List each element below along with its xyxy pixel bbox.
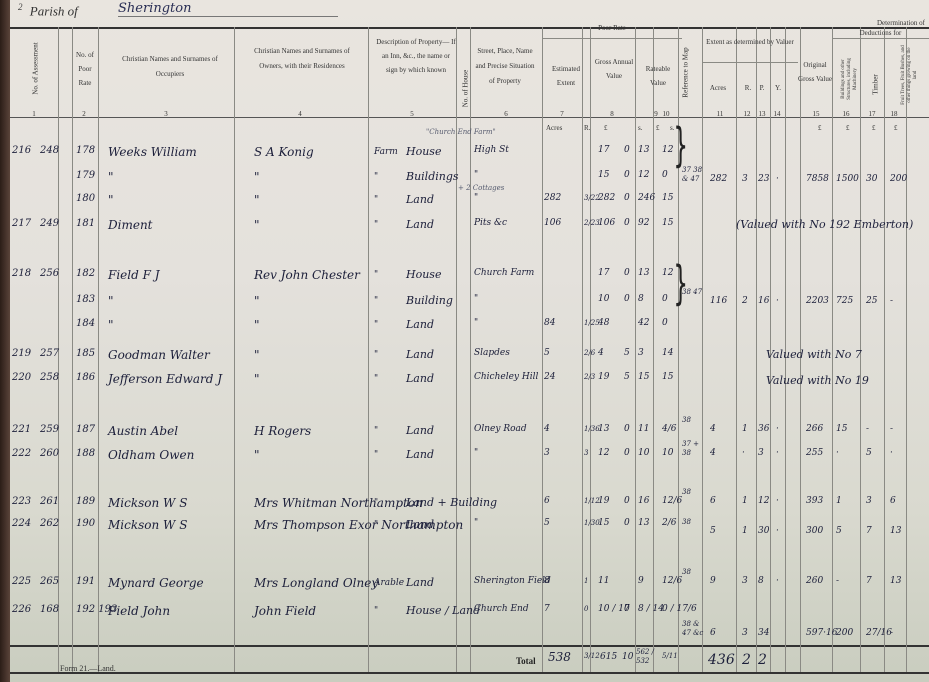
valuer-perches: 23 [758,174,769,184]
unit-label: £ [894,124,898,132]
header-poor-rate: Poor Rate [542,22,682,35]
rateable-pounds: 16 [638,496,649,506]
gross-shillings: 0 [624,294,630,304]
assessment-no: 220 [12,372,31,383]
entry-no: 189 [76,496,95,507]
header-r: R. [742,82,754,95]
occupier-name: Mynard George [108,576,204,590]
description-prefix: " [374,450,378,460]
gross-pounds: 11 [598,576,609,586]
deduction-fruit: - [890,424,893,434]
entry-no: 186 [76,372,95,383]
entry-no: 185 [76,348,95,359]
owner-name: " [254,318,260,332]
deduction-buildings: - [836,576,839,586]
original-gross-value: 266 [806,424,823,434]
entry-no: 191 [76,576,95,587]
valuer-perches: 30 [758,526,769,536]
owner-name: " [254,372,260,386]
estimated-rods: 1 [584,577,588,585]
estimated-rods: 2/6 [584,349,595,357]
gross-pounds: 10 [598,294,609,304]
original-gross-value: 7858 [806,174,829,184]
header-description: Description of Property— If an Inn, &c.,… [376,35,456,77]
parish-label: Parish of [30,3,78,18]
description-prefix: " [374,426,378,436]
valuer-rods: 3 [742,174,748,184]
street-situation: Chicheley Hill [474,372,538,382]
deduction-timber: 7 [866,576,872,586]
description-prefix: " [374,270,378,280]
deduction-fruit: 13 [890,526,901,536]
rateable-pounds: 9 [638,576,644,586]
deduction-fruit: 200 [890,174,907,184]
unit-label: £ [846,124,850,132]
street-situation: " [474,518,478,528]
rateable-pounds: 15 [638,372,649,382]
valuer-acres: 4 [710,424,716,434]
deduction-fruit: 6 [890,496,896,506]
rateable-pounds: 246 [638,193,655,203]
estimated-rods: 0 [584,605,588,613]
map-reference: 38 [682,416,704,425]
corner-mark: 2 [18,2,23,12]
description-prefix: " [374,296,378,306]
street-situation: " [474,294,478,304]
estimated-acres: 282 [544,193,561,203]
rateable-shillings: 12 [662,268,673,278]
column-rule [736,27,737,672]
original-gross-value: 260 [806,576,823,586]
original-gross-value: 255 [806,448,823,458]
property-description: Land [406,318,434,331]
description-prefix: " [374,350,378,360]
original-gross-value: 300 [806,526,823,536]
column-number: 11 [710,110,730,118]
poor-rate-no: 261 [40,496,59,507]
occupier-name: Field F J [108,268,160,282]
poor-rate-no: 249 [40,218,59,229]
gross-shillings: 0 [624,268,630,278]
valuer-acres: 4 [710,448,716,458]
valuer-rods: 2 [742,296,748,306]
column-rule [756,27,757,672]
occupier-name: " [108,170,114,184]
owner-name: Rev John Chester [254,268,360,282]
occupier-name: " [108,294,114,308]
original-gross-value: 393 [806,496,823,506]
header-deductions: Deductions for [832,27,929,40]
valuer-perches: 16 [758,296,769,306]
rateable-shillings: 0 [662,294,668,304]
poor-rate-no: 260 [40,448,59,459]
header-street: Street, Place, Name and Precise Situatio… [472,44,538,89]
column-rule [582,27,583,672]
poor-rate-no: 259 [40,424,59,435]
deduction-timber: - [866,424,869,434]
gross-shillings: 5 [624,348,630,358]
deduction-fruit: - [890,296,893,306]
header-extent-valuer: Extent as determined by Valuer [704,37,796,47]
valuer-rods: 3 [742,576,748,586]
valuer-perches: 12 [758,496,769,506]
unit-label: s. [638,124,642,132]
description-prefix: Arable [374,578,404,588]
owner-name: " [254,193,260,207]
gross-shillings: 0 [624,424,630,434]
estimated-acres: 5 [544,348,550,358]
property-description: Land [406,518,434,531]
column-number: 15 [806,110,826,118]
valuer-rods: 3 [742,628,748,638]
assessment-no: 225 [12,576,31,587]
column-rule [653,27,654,672]
street-situation: " [474,193,478,203]
gross-pounds: 19 [598,496,609,506]
valuer-acres: 6 [710,496,716,506]
annotation: + 2 Cottages [458,184,504,192]
rateable-pounds: 8 [638,294,644,304]
header-gross-annual: Gross Annual Value [594,55,634,83]
map-reference: 38 [682,518,704,527]
header-timber: Timber [870,65,883,105]
gross-pounds: 17 [598,268,609,278]
rateable-shillings: 0 [662,318,668,328]
gross-pounds: 15 [598,170,609,180]
valuer-perches: 8 [758,576,764,586]
unit-label: Acres [546,124,562,132]
occupier-name: Jefferson Edward J [108,372,222,386]
description-prefix: " [374,520,378,530]
property-description: Land [406,448,434,461]
total-valuer-acres: 436 [708,652,735,668]
deduction-timber: 7 [866,526,872,536]
column-rule [456,27,457,672]
total-estimated-acres: 538 [548,650,571,664]
occupier-name: Austin Abel [108,424,178,438]
gross-pounds: 15 [598,518,609,528]
total-valuer-rods: 2 [742,652,751,668]
occupier-name: Mickson W S [108,496,187,510]
rateable-shillings: 15 [662,372,673,382]
original-gross-value: 597·16 [806,628,838,638]
rateable-pounds: 11 [638,424,649,434]
deduction-buildings: 725 [836,296,853,306]
rateable-shillings: 0 [662,170,668,180]
parish-name: Sherington [118,1,338,17]
rateable-pounds: 92 [638,218,649,228]
property-description: Building [406,294,453,307]
owner-name: S A Konig [254,145,314,159]
valuer-acres: 5 [710,526,716,536]
deduction-fruit: - [890,628,893,638]
street-situation: " [474,448,478,458]
gross-pounds: 17 [598,145,609,155]
assessment-no: 218 [12,268,31,279]
poor-rate-no: 168 [40,604,59,615]
assessment-no: 217 [12,218,31,229]
estimated-acres: 3 [544,448,550,458]
column-rule [98,27,99,672]
description-prefix: " [374,606,378,616]
entry-no: 182 [76,268,95,279]
street-situation: Church Farm [474,268,534,278]
gross-shillings: 5 [624,372,630,382]
header-assessment: No. of Assessment [30,37,43,101]
original-gross-value: 2203 [806,296,829,306]
owner-name: Mrs Whitman Northampton [254,496,423,510]
gross-shillings: 0 [624,170,630,180]
estimated-acres: 4 [544,424,550,434]
gross-pounds: 106 [598,218,615,228]
header-occupiers: Christian Names and Surnames of Occupier… [110,52,230,82]
rate-book-page: 2 Parish of Sherington No. of Assessment… [10,0,929,682]
header-fruit-trees: Fruit Trees, Fruit Bushes, and other thi… [901,45,919,105]
poor-rate-no: 257 [40,348,59,359]
estimated-acres: 84 [544,318,555,328]
entry-no: 178 [76,145,95,156]
street-situation: Olney Road [474,424,527,434]
owner-name: " [254,294,260,308]
poor-rate-no: 256 [40,268,59,279]
deduction-buildings: 1 [836,496,842,506]
annotation: "Church End Farm" [426,128,496,136]
unit-label: £ [656,124,660,132]
book-binding [0,0,10,682]
brace-icon: } [673,128,688,162]
property-description: Land [406,424,434,437]
estimated-acres: 106 [544,218,561,228]
total-estimated-rods: 3/12 [584,652,600,660]
gross-shillings: 0 [624,448,630,458]
rateable-shillings: 2/6 [662,518,676,528]
street-situation: Church End [474,604,529,614]
parish-heading: 2 Parish of Sherington [18,2,78,19]
column-number: 17 [862,110,882,118]
occupier-name: Field John [108,604,170,618]
gross-shillings: 0 [624,145,630,155]
header-y: Y. [772,82,784,95]
unit-label: £ [604,124,608,132]
entry-no: 181 [76,218,95,229]
property-description: House [406,145,441,158]
rateable-shillings: 12 [662,145,673,155]
occupier-name: " [108,193,114,207]
valuer-y: · [776,424,779,434]
column-number: 8 [602,110,622,118]
valuer-perches: 36 [758,424,769,434]
owner-name: Mrs Longland Olney [254,576,378,590]
occupier-name: Goodman Walter [108,348,210,362]
valuer-y: · [776,576,779,586]
header-owners: Christian Names and Surnames of Owners, … [242,44,362,74]
deduction-buildings: 15 [836,424,847,434]
description-prefix: Farm [374,147,398,157]
column-number: 4 [290,110,310,118]
valuer-rods: · [742,448,745,458]
total-rateable-shillings: 5/11 [662,652,678,660]
valued-with-note: (Valued with No 192 Emberton) [736,218,913,231]
column-rule [470,27,471,672]
column-number: 1 [24,110,44,118]
unit-label: R. [584,124,590,132]
map-reference: 38 [682,488,704,497]
assessment-no: 221 [12,424,31,435]
description-prefix: " [374,498,378,508]
header-estimated-extent: Estimated Extent [544,62,588,90]
description-prefix: " [374,172,378,182]
total-label: Total [516,656,536,666]
rateable-pounds: 13 [638,145,649,155]
assessment-no: 216 [12,145,31,156]
header-map-ref: Reference to Map [680,43,693,103]
column-number: 3 [156,110,176,118]
rateable-shillings: 12/6 [662,576,682,586]
column-rule [635,27,636,672]
valuer-y: · [776,496,779,506]
valuer-acres: 116 [710,296,727,306]
estimated-rods: 2/3 [584,373,595,381]
owner-name: " [254,448,260,462]
rateable-shillings: 14 [662,348,673,358]
entry-no: 190 [76,518,95,529]
gross-shillings: 0 [624,496,630,506]
occupier-name: Diment [108,218,153,232]
valuer-acres: 282 [710,174,727,184]
column-rule [456,68,457,76]
property-description: Land [406,218,434,231]
valuer-y: · [776,448,779,458]
owner-name: H Rogers [254,424,311,438]
column-number: 5 [402,110,422,118]
deduction-buildings: 1500 [836,174,859,184]
valuer-rods: 1 [742,424,748,434]
occupier-name: Weeks William [108,145,197,159]
map-reference: 37 + 38 [682,440,704,458]
owner-name: John Field [254,604,316,618]
column-rule [72,27,73,672]
column-number: 6 [496,110,516,118]
property-description: Land [406,193,434,206]
rateable-pounds: 10 [638,448,649,458]
rateable-shillings: 15 [662,218,673,228]
valuer-y: · [776,526,779,536]
owner-name: " [254,348,260,362]
column-number: 18 [884,110,904,118]
rateable-shillings: 15 [662,193,673,203]
occupier-name: Oldham Owen [108,448,194,462]
deduction-timber: 5 [866,448,872,458]
header-acres: Acres [706,82,730,95]
property-description: Buildings [406,170,459,183]
deduction-buildings: 5 [836,526,842,536]
valuer-rods: 1 [742,496,748,506]
entry-no: 184 [76,318,95,329]
gross-pounds: 4 [598,348,604,358]
entry-no: 179 [76,170,95,181]
property-description: Land [406,372,434,385]
column-rule [884,27,885,672]
valued-with-note: Valued with No 19 [766,374,869,387]
valuer-acres: 6 [710,628,716,638]
gross-shillings: 0 [624,218,630,228]
rateable-pounds: 3 [638,348,644,358]
entry-no: 180 [76,193,95,204]
header-house-no: No. of House [460,61,473,117]
estimated-acres: 5 [544,518,550,528]
property-description: House / Land [406,604,480,617]
map-reference: 38 [682,568,704,577]
owner-name: " [254,170,260,184]
rateable-shillings: 10 [662,448,673,458]
header-original-gross: Original Gross Value [796,58,834,86]
assessment-no: 219 [12,348,31,359]
deduction-buildings: · [836,448,839,458]
header-rateable: Rateable Value [638,62,678,90]
total-rateable-pounds: 562 / 532 [636,648,654,666]
rateable-pounds: 13 [638,518,649,528]
assessment-no: 224 [12,518,31,529]
property-description: House [406,268,441,281]
deduction-timber: 25 [866,296,877,306]
gross-shillings: 0 [624,193,630,203]
column-number: 14 [767,110,787,118]
header-p: P. [756,82,768,95]
rateable-shillings: 12/6 [662,496,682,506]
property-description: Land [406,576,434,589]
total-gross-pounds: 615 [600,652,617,662]
street-situation: Sherington Field [474,576,551,586]
total-valuer-perches: 2 [758,652,767,668]
estimated-acres: 7 [544,604,550,614]
valuer-rule [702,62,798,63]
valuer-rods: 1 [742,526,748,536]
deduction-fruit: · [890,448,893,458]
page-bottom-rule [10,672,929,674]
entry-no: 183 [76,294,95,305]
valued-with-note: Valued with No 7 [766,348,862,361]
street-situation: Pits &c [474,218,507,228]
total-gross-shillings: 10 [622,652,633,662]
gross-pounds: 282 [598,193,615,203]
gross-pounds: 48 [598,318,609,328]
column-rule [906,27,907,672]
poor-rate-no: 262 [40,518,59,529]
gross-pounds: 12 [598,448,609,458]
street-situation: High St [474,145,509,155]
deduction-timber: 30 [866,174,877,184]
street-situation: " [474,170,478,180]
column-number: 2 [74,110,94,118]
rateable-shillings: 0 / 17/6 [662,604,697,614]
gross-shillings: 0 [624,604,630,614]
description-prefix: " [374,374,378,384]
column-number: 7 [552,110,572,118]
entry-no: 187 [76,424,95,435]
deduction-timber: 3 [866,496,872,506]
brace-icon: } [673,266,688,300]
owner-name: " [254,218,260,232]
header-buildings: Buildings and other Structures, includin… [841,49,859,109]
description-prefix: " [374,220,378,230]
valuer-perches: 34 [758,628,769,638]
estimated-rods: 3 [584,449,588,457]
description-prefix: " [374,195,378,205]
column-rule [234,27,235,672]
description-prefix: " [374,320,378,330]
street-situation: Slapdes [474,348,510,358]
valuer-acres: 9 [710,576,716,586]
